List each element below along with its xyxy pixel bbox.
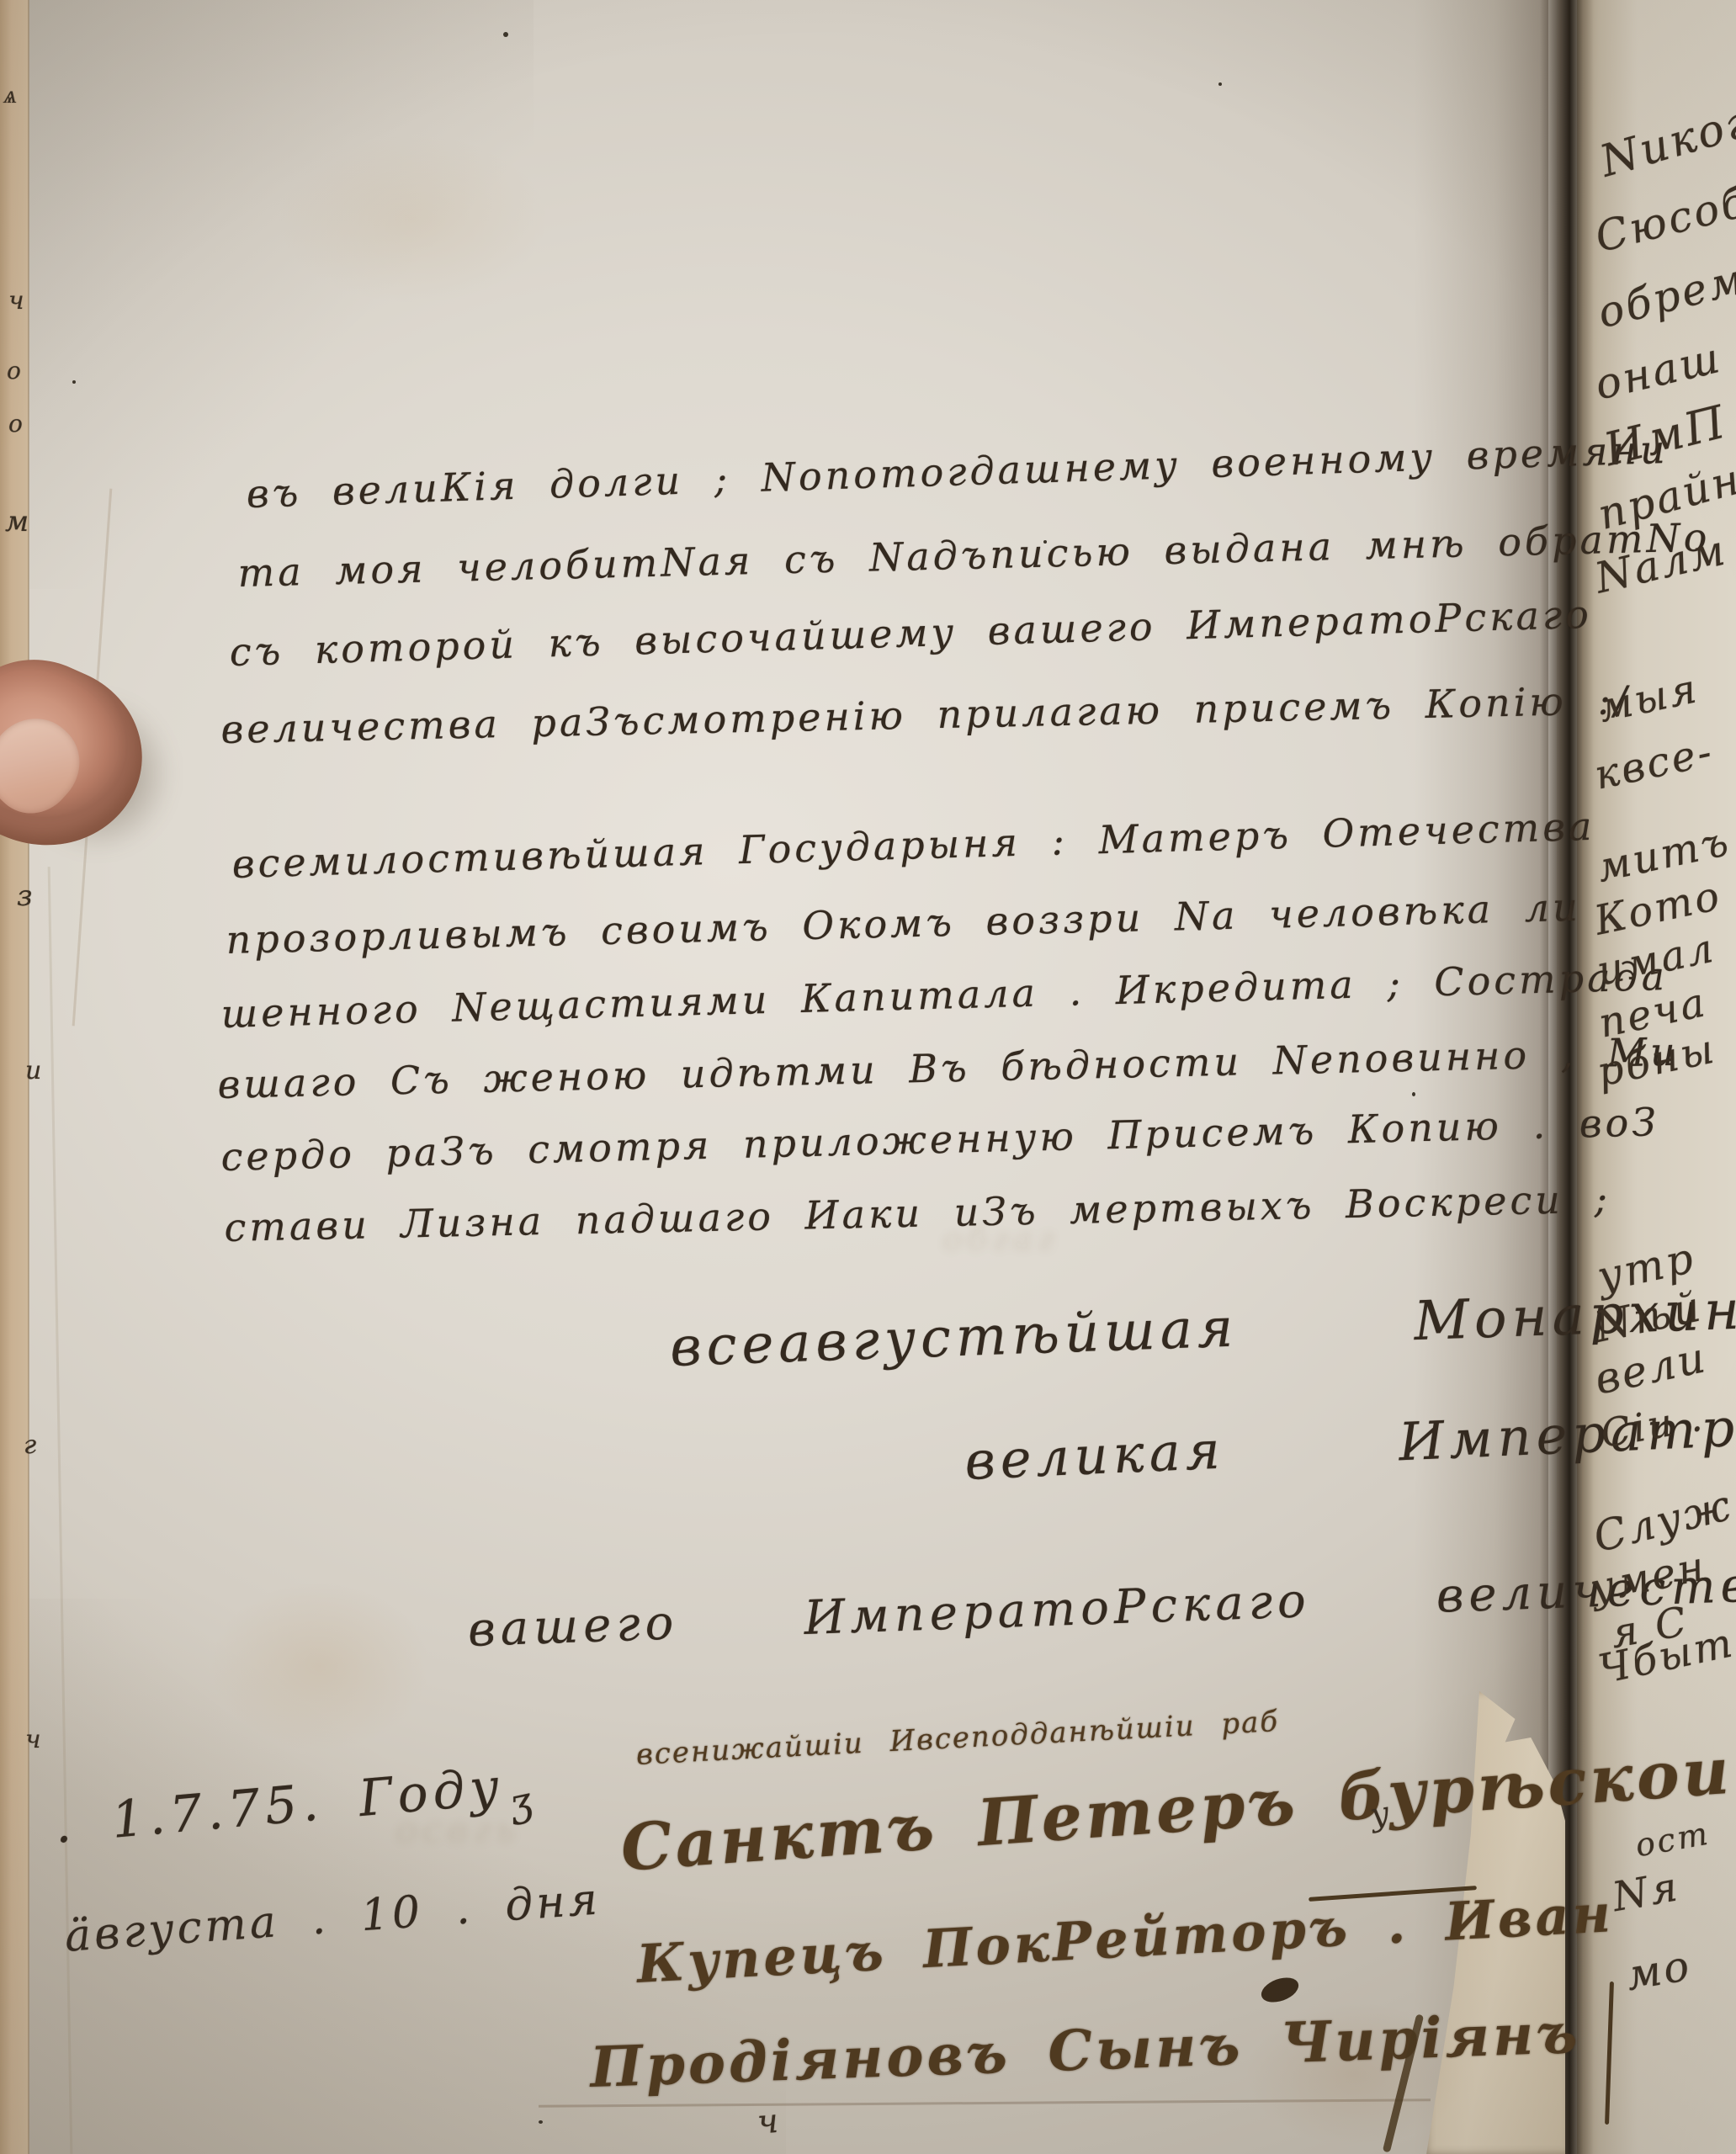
- margin-fragment: о: [8, 410, 23, 438]
- ink-speck: [1218, 82, 1222, 86]
- margin-fragment: о: [7, 357, 21, 385]
- thumb-nail: [0, 701, 98, 830]
- ink-speck: [1412, 1092, 1415, 1096]
- margin-fragment: ч: [8, 286, 24, 316]
- thumb-holding-page: [0, 639, 219, 917]
- margin-fragment: м: [5, 505, 29, 538]
- underlying-page-edge: [0, 0, 29, 2154]
- manuscript-photo: освгь обгаг въ велиКiя долги ; Nопотогда…: [0, 0, 1736, 2154]
- margin-fragment: ч: [25, 1725, 41, 1754]
- ink-speck: [72, 380, 76, 384]
- margin-fragment: и: [25, 1056, 41, 1085]
- margin-fragment: г: [24, 1430, 36, 1460]
- stray-mark: ч: [756, 2102, 780, 2142]
- ink-speck: [539, 2120, 543, 2124]
- margin-fragment: ѧ: [3, 80, 17, 109]
- ink-speck: [503, 32, 508, 37]
